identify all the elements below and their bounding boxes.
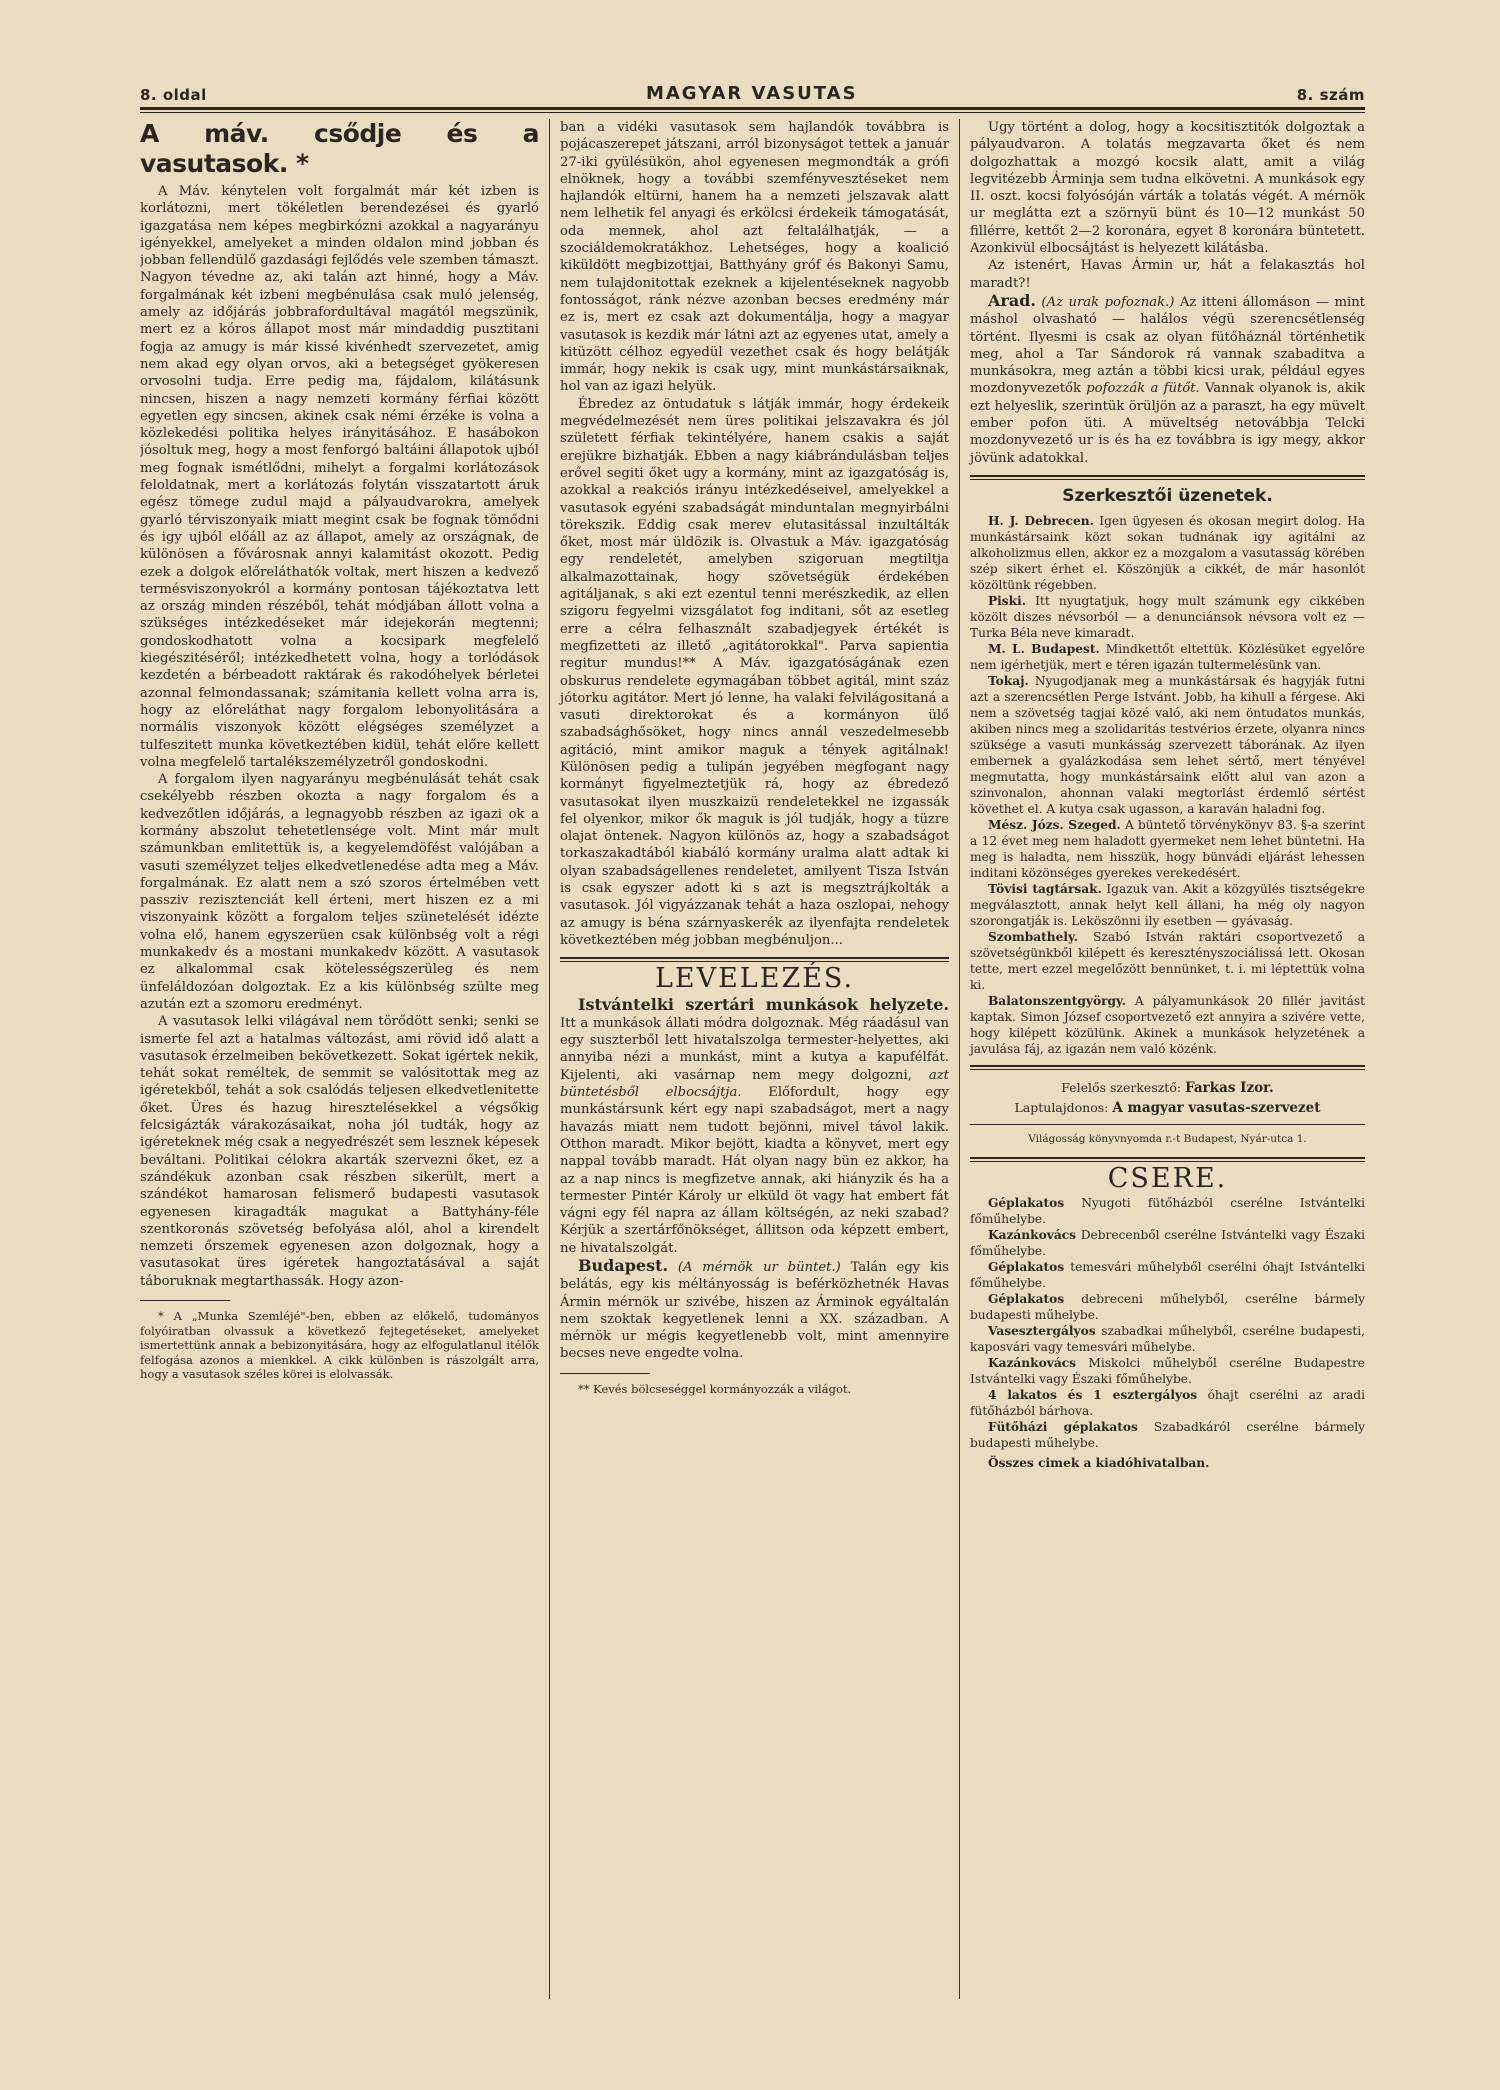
letter-entry-arad: Arad. (Az urak pofoznak.) Az itteni állo… xyxy=(970,292,1365,467)
letter-lead: Budapest. xyxy=(578,1256,668,1275)
letter-lead: Istvántelki szertári munkások helyzete. xyxy=(578,995,949,1014)
imprint: Felelős szerkesztő: Farkas Izor. Laptula… xyxy=(970,1078,1365,1118)
printer-line: Világosság könyvnyomda r.-t Budapest, Ny… xyxy=(970,1131,1365,1148)
article-footnote-2: ** Kevés bölcseséggel kormányozzák a vil… xyxy=(560,1382,949,1397)
owner-line: Laptulajdonos: A magyar vasutas-szerveze… xyxy=(970,1098,1365,1118)
article-continuation: Ébredez az öntudatuk s látják immár, hog… xyxy=(560,396,949,950)
page-number: 8. oldal xyxy=(140,86,207,104)
exchange-entry: Géplakatos Nyugoti fütőházból cserélne I… xyxy=(970,1195,1365,1227)
article-paragraph: A Máv. kénytelen volt forgalmát már két … xyxy=(140,183,539,771)
editor-message: Mész. Józs. Szeged. A büntető törvénykön… xyxy=(970,817,1365,881)
editor-message: Tokaj. Nyugodjanak meg a munkástársak és… xyxy=(970,673,1365,817)
editor-message: Piski. Itt nyugtatjuk, hogy mult számunk… xyxy=(970,593,1365,641)
footnote-divider xyxy=(140,1300,230,1301)
szerkesztoi-title: Szerkesztői üzenetek. xyxy=(970,488,1365,505)
csere-title: CSERE. xyxy=(970,1170,1365,1187)
issue-number: 8. szám xyxy=(1297,86,1365,104)
letter-entry: Istvántelki szertári munkások helyzete. … xyxy=(560,996,949,1257)
exchange-entry: Fütőházi géplakatos Szabadkáról cserélne… xyxy=(970,1419,1365,1451)
letter-continuation: Ugy történt a dolog, hogy a kocsitisztit… xyxy=(970,119,1365,257)
editor-message: M. L. Budapest. Mindkettőt eltettük. Köz… xyxy=(970,641,1365,673)
newspaper-page: 8. oldal MAGYAR VASUTAS 8. szám A máv. c… xyxy=(140,82,1365,2022)
editor-message: H. J. Debrecen. Igen ügyesen és okosan m… xyxy=(970,513,1365,593)
exchange-entry: Vasesztergályos szabadkai műhelyből, cse… xyxy=(970,1323,1365,1355)
editor-messages: H. J. Debrecen. Igen ügyesen és okosan m… xyxy=(970,513,1365,1057)
newspaper-title: MAGYAR VASUTAS xyxy=(646,83,858,104)
imprint-divider xyxy=(970,1065,1365,1070)
section-divider xyxy=(970,475,1365,480)
exchange-entry: Géplakatos debreceni műhelyből, cserélne… xyxy=(970,1291,1365,1323)
column-2: ban a vidéki vasutasok sem hajlandók tov… xyxy=(550,119,960,1999)
article-paragraph: A vasutasok lelki világával nem törődött… xyxy=(140,1013,539,1290)
exchange-closing: Összes cimek a kiadóhivatalban. xyxy=(970,1455,1365,1471)
columns: A máv. csődje és a vasutasok. * A Máv. k… xyxy=(140,119,1365,1999)
editor-message: Balatonszentgyörgy. A pályamunkások 20 f… xyxy=(970,993,1365,1057)
section-divider xyxy=(560,957,949,962)
article-headline: A máv. csődje és a vasutasok. * xyxy=(140,119,539,179)
exchange-entry: Kazánkovács Miskolci műhelyből cserélne … xyxy=(970,1355,1365,1387)
column-1: A máv. csődje és a vasutasok. * A Máv. k… xyxy=(140,119,550,1999)
exchange-entry: 4 lakatos és 1 esztergályos óhajt cserél… xyxy=(970,1387,1365,1419)
letter-continuation: Az istenért, Havas Ármin ur, hát a felak… xyxy=(970,257,1365,292)
editor-message: Tövisi tagtársak. Igazuk van. Akit a köz… xyxy=(970,881,1365,929)
printer-divider xyxy=(970,1124,1365,1125)
column-3: Ugy történt a dolog, hogy a kocsitisztit… xyxy=(960,119,1365,1999)
article-continuation: ban a vidéki vasutasok sem hajlandók tov… xyxy=(560,119,949,396)
article-paragraph: A forgalom ilyen nagyarányu megbénulását… xyxy=(140,771,539,1013)
exchange-entry: Géplakatos temesvári műhelyből cserélni … xyxy=(970,1259,1365,1291)
editor-message: Szombathely. Szabó István raktári csopor… xyxy=(970,929,1365,993)
csere-divider xyxy=(970,1157,1365,1162)
exchange-entry: Kazánkovács Debrecenből cserélne Istvánt… xyxy=(970,1227,1365,1259)
editor-line: Felelős szerkesztő: Farkas Izor. xyxy=(970,1078,1365,1098)
letter-entry: Budapest. (A mérnök ur büntet.) Talán eg… xyxy=(560,1257,949,1363)
exchange-list: Géplakatos Nyugoti fütőházból cserélne I… xyxy=(970,1195,1365,1471)
masthead: 8. oldal MAGYAR VASUTAS 8. szám xyxy=(140,82,1365,104)
levelezes-title: LEVELEZÉS. xyxy=(560,970,949,987)
masthead-rule xyxy=(140,107,1365,113)
footnote-divider xyxy=(560,1373,650,1374)
article-footnote: * A „Munka Szemléjé"-ben, ebben az előke… xyxy=(140,1309,539,1382)
